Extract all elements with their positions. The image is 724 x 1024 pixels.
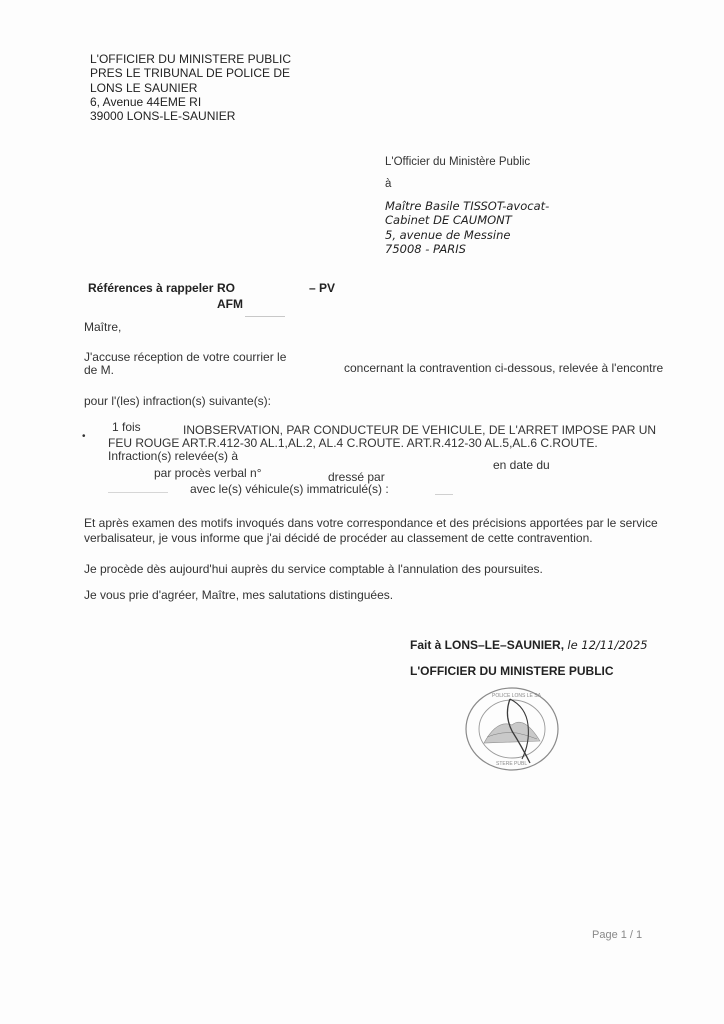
svg-text:POLICE LONS LE SA: POLICE LONS LE SA (492, 693, 542, 699)
reference-ro: RO (217, 281, 235, 295)
decision-paragraph: Et après examen des motifs invoqués dans… (84, 516, 658, 546)
signature-place-date: Fait à LONS–LE–SAUNIER, le 12/11/2025 (410, 638, 648, 652)
recipient-from: L'Officier du Ministère Public (385, 156, 530, 168)
sender-address-block: L'OFFICIER DU MINISTERE PUBLIC PRES LE T… (90, 52, 291, 123)
infraction-count: 1 fois (112, 420, 141, 434)
annulment-paragraph: Je procède dès aujourd'hui auprès du ser… (84, 562, 543, 576)
infractions-intro: pour l'(les) infraction(s) suivante(s): (84, 394, 271, 408)
signature-date: le 12/11/2025 (567, 638, 647, 652)
infraction-description-line1: INOBSERVATION, PAR CONDUCTEUR DE VEHICUL… (183, 423, 656, 437)
sender-line: L'OFFICIER DU MINISTERE PUBLIC (90, 52, 291, 66)
decision-line: Et après examen des motifs invoqués dans… (84, 516, 658, 531)
bullet-icon: • (82, 431, 86, 442)
sender-line: 6, Avenue 44EME RI (90, 95, 291, 109)
closing-paragraph: Je vous prie d'agréer, Maître, mes salut… (84, 588, 393, 602)
pv-number-label: par procès verbal n° (154, 466, 262, 480)
reference-pv: – PV (309, 281, 335, 295)
infraction-description-line2: FEU ROUGE ART.R.412-30 AL.1,AL.2, AL.4 C… (108, 436, 598, 450)
recipient-line: Cabinet DE CAUMONT (385, 213, 549, 227)
reference-afm: AFM (217, 297, 243, 311)
signature-place: Fait à LONS–LE–SAUNIER, (410, 638, 564, 652)
recipient-line: Maître Basile TISSOT-avocat- (385, 199, 549, 213)
sender-line: PRES LE TRIBUNAL DE POLICE DE (90, 66, 291, 80)
references-label: Références à rappeler : (88, 281, 221, 295)
recipient-to-marker: à (385, 178, 391, 190)
page-number: Page 1 / 1 (592, 929, 642, 941)
document-page: L'OFFICIER DU MINISTERE PUBLIC PRES LE T… (0, 0, 724, 1024)
decision-line: verbalisateur, je vous informe que j'ai … (84, 531, 658, 546)
redaction-mark (245, 316, 285, 317)
official-seal-icon: POLICE LONS LE SA STERE PUBL (462, 685, 562, 773)
infraction-date-label: en date du (493, 458, 550, 472)
offender-label: de M. (84, 363, 114, 377)
redaction-mark (435, 494, 453, 495)
recipient-address-block: Maître Basile TISSOT-avocat- Cabinet DE … (385, 199, 549, 256)
recipient-line: 75008 - PARIS (385, 242, 549, 256)
salutation: Maître, (84, 320, 121, 334)
svg-text:STERE PUBL: STERE PUBL (496, 761, 527, 767)
concerning-text: concernant la contravention ci-dessous, … (344, 361, 663, 375)
signatory-title: L'OFFICIER DU MINISTERE PUBLIC (410, 664, 614, 678)
infraction-location-label: Infraction(s) relevée(s) à (108, 449, 238, 463)
redaction-mark (108, 492, 168, 493)
sender-line: 39000 LONS-LE-SAUNIER (90, 109, 291, 123)
sender-line: LONS LE SAUNIER (90, 81, 291, 95)
vehicle-plate-label: avec le(s) véhicule(s) immatriculé(s) : (190, 482, 389, 496)
acknowledgement-text: J'accuse réception de votre courrier le (84, 350, 286, 364)
recipient-line: 5, avenue de Messine (385, 228, 549, 242)
